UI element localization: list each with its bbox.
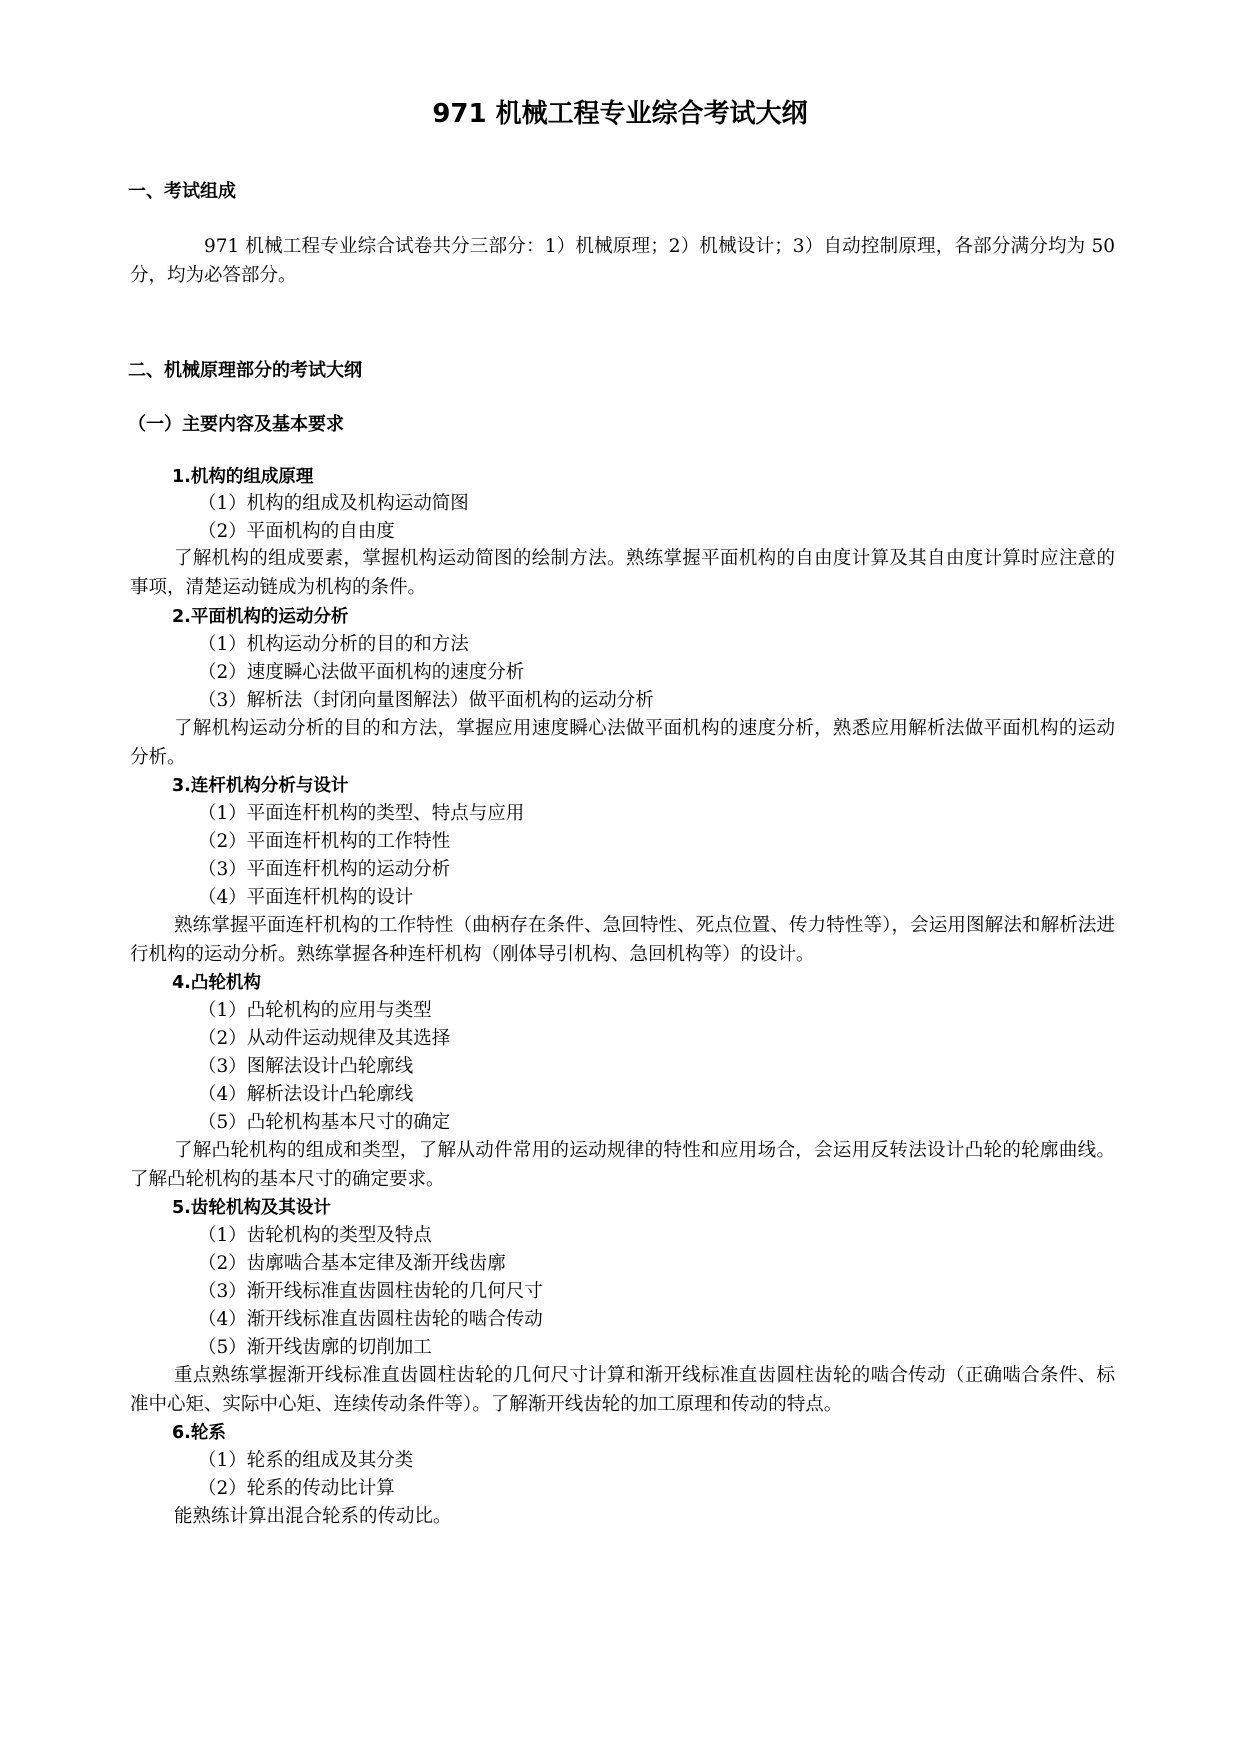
topic-item: （3）渐开线标准直齿圆柱齿轮的几何尺寸 — [198, 1278, 543, 1306]
topic-item: （4）解析法设计凸轮廓线 — [198, 1081, 413, 1109]
topic-item: （5）凸轮机构基本尺寸的确定 — [198, 1109, 450, 1137]
topic-item: （1）齿轮机构的类型及特点 — [198, 1222, 432, 1250]
topic-item: （1）平面连杆机构的类型、特点与应用 — [198, 800, 524, 828]
document-page: 971 机械工程专业综合考试大纲 一、考试组成 971 机械工程专业综合试卷共分… — [0, 0, 1240, 1754]
topic-requirement: 了解机构运动分析的目的和方法，掌握应用速度瞬心法做平面机构的速度分析，熟悉应用解… — [130, 715, 1115, 772]
topic-item: （4）渐开线标准直齿圆柱齿轮的啮合传动 — [198, 1306, 543, 1334]
topic-item: （1）凸轮机构的应用与类型 — [198, 997, 432, 1025]
topic-item: （4）平面连杆机构的设计 — [198, 884, 413, 912]
topic-item: （1）轮系的组成及其分类 — [198, 1447, 413, 1475]
topic-heading: 3.连杆机构分析与设计 — [172, 772, 348, 800]
topic-item: （2）齿廓啮合基本定律及渐开线齿廓 — [198, 1250, 506, 1278]
topic-requirement: 重点熟练掌握渐开线标准直齿圆柱齿轮的几何尺寸计算和渐开线标准直齿圆柱齿轮的啮合传… — [130, 1362, 1115, 1419]
topic-heading: 6.轮系 — [172, 1419, 226, 1447]
topic-item: （2）轮系的传动比计算 — [198, 1475, 395, 1503]
topic-item: （5）渐开线齿廓的切削加工 — [198, 1334, 432, 1362]
topic-requirement: 能熟练计算出混合轮系的传动比。 — [174, 1503, 452, 1531]
subsection-heading-main-content: （一）主要内容及基本要求 — [128, 411, 344, 439]
topic-requirement: 了解机构的组成要素，掌握机构运动简图的绘制方法。熟练掌握平面机构的自由度计算及其… — [130, 545, 1115, 602]
topic-heading: 1.机构的组成原理 — [172, 463, 313, 491]
topic-heading: 2.平面机构的运动分析 — [172, 603, 348, 631]
topic-item: （3）平面连杆机构的运动分析 — [198, 856, 450, 884]
topic-heading: 4.凸轮机构 — [172, 969, 261, 997]
section-heading-exam-composition: 一、考试组成 — [128, 178, 236, 206]
topic-item: （1）机构运动分析的目的和方法 — [198, 631, 469, 659]
topic-item: （2）速度瞬心法做平面机构的速度分析 — [198, 659, 524, 687]
exam-composition-paragraph: 971 机械工程专业综合试卷共分三部分：1）机械原理；2）机械设计；3）自动控制… — [130, 233, 1115, 290]
topic-requirement: 了解凸轮机构的组成和类型，了解从动件常用的运动规律的特性和应用场合，会运用反转法… — [130, 1137, 1115, 1194]
topic-item: （2）平面机构的自由度 — [198, 518, 395, 546]
topic-item: （2）平面连杆机构的工作特性 — [198, 828, 450, 856]
section-heading-mechanism-principles: 二、机械原理部分的考试大纲 — [128, 357, 362, 385]
topic-item: （3）图解法设计凸轮廓线 — [198, 1053, 413, 1081]
topic-item: （3）解析法（封闭向量图解法）做平面机构的运动分析 — [198, 687, 654, 715]
topic-item: （2）从动件运动规律及其选择 — [198, 1025, 450, 1053]
topic-heading: 5.齿轮机构及其设计 — [172, 1194, 331, 1222]
topic-requirement: 熟练掌握平面连杆机构的工作特性（曲柄存在条件、急回特性、死点位置、传力特性等），… — [130, 912, 1115, 969]
topic-item: （1）机构的组成及机构运动简图 — [198, 490, 469, 518]
document-title: 971 机械工程专业综合考试大纲 — [0, 94, 1240, 134]
